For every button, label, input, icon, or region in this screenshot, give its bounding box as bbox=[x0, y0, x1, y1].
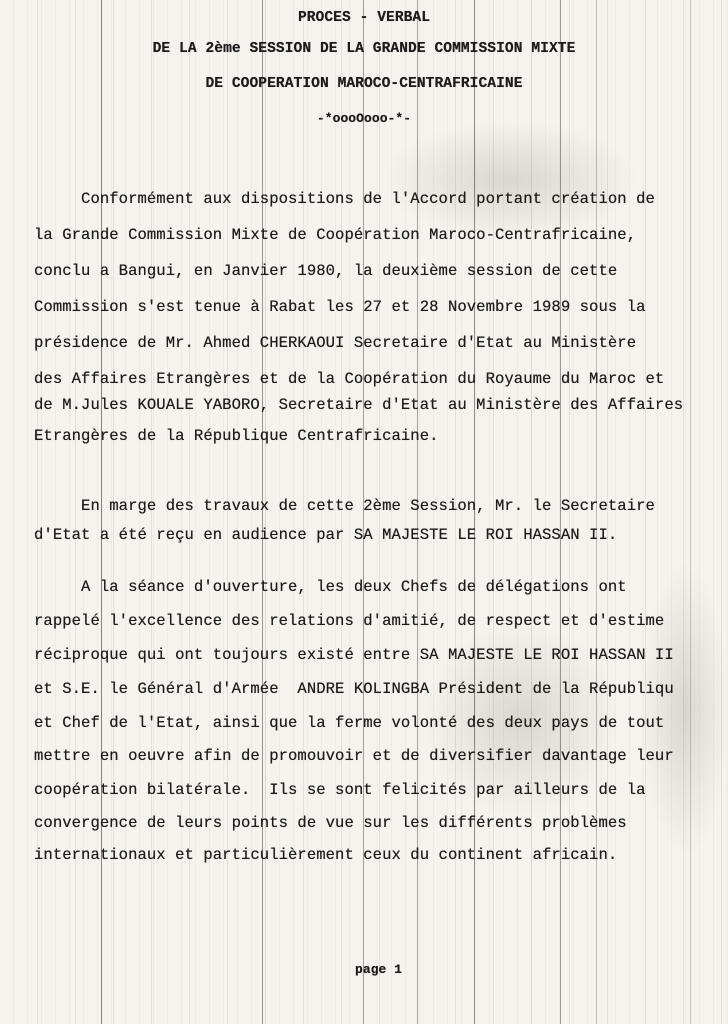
scanned-page: PROCES - VERBAL DE LA 2ème SESSION DE LA… bbox=[0, 0, 728, 1024]
paragraph-1-line: conclu a Bangui, en Janvier 1980, la deu… bbox=[34, 262, 617, 280]
paragraph-1-line: de M.Jules KOUALE YABORO, Secretaire d'E… bbox=[34, 396, 683, 414]
page-number: page 1 bbox=[355, 962, 402, 977]
paragraph-2-line: d'Etat a été reçu en audience par SA MAJ… bbox=[34, 526, 617, 544]
scan-streak bbox=[690, 0, 691, 1024]
document-title: PROCES - VERBAL bbox=[0, 10, 728, 26]
scan-smudge bbox=[640, 560, 728, 860]
paragraph-1-line: Etrangères de la République Centrafricai… bbox=[34, 427, 439, 445]
paragraph-1-line: des Affaires Etrangères et de la Coopéra… bbox=[34, 370, 664, 388]
document-subtitle-line2: DE COOPERATION MAROCO-CENTRAFRICAINE bbox=[0, 76, 728, 92]
paragraph-1-line: Conformément aux dispositions de l'Accor… bbox=[34, 190, 655, 208]
paragraph-3-line: et S.E. le Général d'Armée ANDRE KOLINGB… bbox=[34, 680, 674, 698]
paragraph-3-line: A la séance d'ouverture, les deux Chefs … bbox=[34, 578, 627, 596]
paragraph-3-line: internationaux et particulièrement ceux … bbox=[34, 846, 617, 864]
paragraph-3-line: et Chef de l'Etat, ainsi que la ferme vo… bbox=[34, 714, 664, 732]
title-separator: -*oooOooo-*- bbox=[0, 111, 728, 126]
paragraph-3-line: mettre en oeuvre afin de promouvoir et d… bbox=[34, 747, 674, 765]
paragraph-1-line: la Grande Commission Mixte de Coopératio… bbox=[34, 226, 636, 244]
paragraph-2-line: En marge des travaux de cette 2ème Sessi… bbox=[34, 497, 655, 515]
paragraph-1-line: Commission s'est tenue à Rabat les 27 et… bbox=[34, 298, 646, 316]
paragraph-3-line: coopération bilatérale. Ils se sont feli… bbox=[34, 781, 646, 799]
paragraph-3-line: réciproque qui ont toujours existé entre… bbox=[34, 646, 674, 664]
paragraph-1-line: présidence de Mr. Ahmed CHERKAOUI Secret… bbox=[34, 334, 636, 352]
scan-smudge bbox=[380, 120, 640, 240]
paragraph-3-line: rappelé l'excellence des relations d'ami… bbox=[34, 612, 664, 630]
paragraph-3-line: convergence de leurs points de vue sur l… bbox=[34, 814, 627, 832]
document-subtitle-line1: DE LA 2ème SESSION DE LA GRANDE COMMISSI… bbox=[0, 41, 728, 57]
